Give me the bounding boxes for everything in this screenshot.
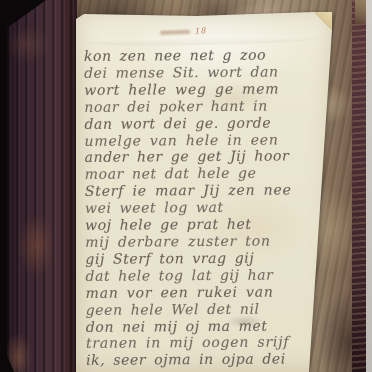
paper-sheet: 18 kon zen nee net g zoo dei mense Sit. … [76,12,332,372]
stamp-smudge [160,29,190,34]
handwriting-line: tranen in mij oogen srijf [86,335,326,354]
handwritten-text: kon zen nee net g zoo dei mense Sit. wor… [84,47,326,370]
stamp-number: 18 [195,26,207,35]
handwriting-line: mij derbare zuster ton [85,233,325,252]
cover-corner-texture [355,0,366,24]
handwriting-line: geen hele Wel det nil [86,301,326,320]
handwriting-line: dei mense Sit. wort dan [84,64,324,83]
book-cover-edge [352,0,366,372]
handwriting-line: umelge van hele in een [84,132,324,151]
handwriting-line: ander her ge get Jij hoor [85,149,325,168]
handwriting-line: noar dei poker hant in [84,98,324,117]
handwriting-line: dat hele tog lat gij har [85,267,325,286]
handwriting-line: man vor een rukei van [86,284,326,303]
handwriting-line: kon zen nee net g zoo [84,47,324,66]
handwriting-line: Sterf ie maar Jij zen nee [85,182,325,201]
photo-of-letter-on-book: 18 kon zen nee net g zoo dei mense Sit. … [0,0,372,372]
handwriting-line: wei weet log wat [85,199,325,218]
book-spine [7,0,77,372]
handwriting-line: dan wort dei ge. gorde [84,115,324,134]
paper-crease [82,34,320,47]
handwriting-line: moar net dat hele ge [85,166,325,185]
handwriting-line: ik, seer ojma in ojpa dei [86,351,326,370]
stamp-mark: 18 [160,26,207,37]
photo-backdrop-strip [365,0,372,372]
letter-paper: 18 kon zen nee net g zoo dei mense Sit. … [76,12,332,372]
handwriting-line: don nei mij oj ma met [86,318,326,337]
handwriting-line: gij Sterf ton vrag gij [85,250,325,269]
handwriting-line: woj hele ge prat het [85,216,325,235]
handwriting-line: wort helle weg ge mem [84,81,324,100]
